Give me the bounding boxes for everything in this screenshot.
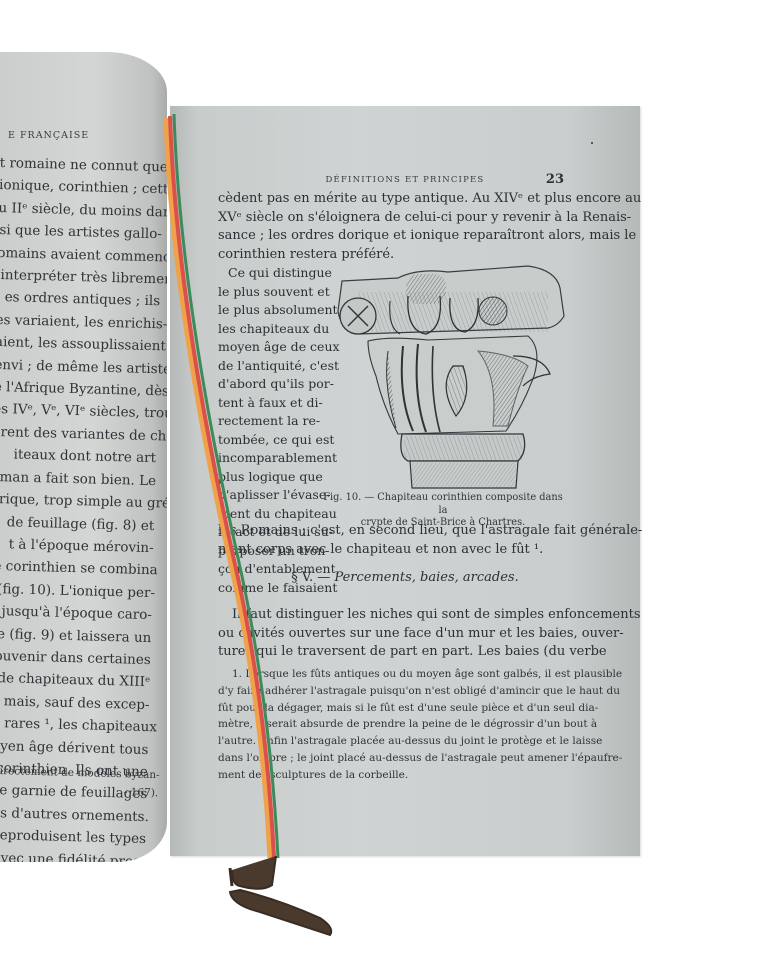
text-line: plus logique que	[218, 468, 318, 487]
left-running-head: E FRANÇAISE	[8, 130, 89, 141]
text-line: d'abord qu'ils por-	[218, 375, 318, 394]
paper-speck	[591, 142, 593, 144]
right-page: DÉFINITIONS ET PRINCIPES 23 cèdent pas e…	[170, 106, 640, 856]
section-paragraph: Il faut distinguer les niches qui sont d…	[218, 606, 562, 662]
left-page-footnote: irectement de modèles byzan- - 167).	[0, 762, 165, 802]
text-line: le plus absolument	[218, 301, 318, 320]
text-line: moyen âge de ceux	[218, 338, 318, 357]
text-line: tombée, ce qui est	[218, 431, 318, 450]
text-line: s reproduisent les types	[0, 824, 150, 851]
text-line: ès rares ¹, les chapiteaux	[0, 712, 153, 739]
footnote-line: d'y faire adhérer l'astragale puisqu'on …	[218, 683, 562, 700]
text-line: d'aplisser l'évase-	[218, 486, 318, 505]
section-number: § V. —	[291, 570, 334, 585]
running-head: DÉFINITIONS ET PRINCIPES	[170, 175, 640, 185]
footnote-line: 1. Lorsque les fûts antiques ou du moyen…	[218, 666, 562, 683]
footnote-line: dans l'ombre ; le joint placé au-dessus …	[218, 750, 562, 767]
text-line: incomparablement	[218, 449, 318, 468]
footnote-line: ment des sculptures de la corbeille.	[218, 767, 562, 784]
page-number: 23	[546, 172, 564, 187]
text-line: Ce qui distingue	[218, 264, 318, 283]
text-line: ment du chapiteau	[218, 505, 318, 524]
text-line: cèdent pas en mérite au type antique. Au…	[218, 190, 562, 209]
text-line: rectement la re-	[218, 412, 318, 431]
section-heading: § V. — Percements, baies, arcades.	[170, 570, 640, 585]
text-line: Il faut distinguer les niches qui sont d…	[218, 606, 562, 625]
footnote-line: l'autre. Enfin l'astragale placée au-des…	[218, 733, 562, 750]
text-line: le plus souvent et	[218, 283, 318, 302]
footnote-block: 1. Lorsque les fûts antiques ou du moyen…	[218, 666, 562, 784]
text-line: tures qui le traversent de part en part.…	[218, 643, 562, 662]
left-page-text: t romaine ne connut que ionique, corinth…	[0, 152, 167, 862]
text-line: de l'antiquité, c'est	[218, 357, 318, 376]
text-line: ou cavités ouvertes sur une face d'un mu…	[218, 625, 562, 644]
text-line: sance ; les ordres dorique et ionique re…	[218, 227, 562, 246]
footnote-line: fût pour la dégager, mais si le fût est …	[218, 700, 562, 717]
text-line: les Romains ; c'est, en second lieu, que…	[218, 522, 562, 541]
footnote-line: mètre, il serait absurde de prendre la p…	[218, 716, 562, 733]
text-line: jusqu'à l'époque caro-	[0, 600, 156, 627]
caption-line: Fig. 10. — Chapiteau corinthien composit…	[320, 492, 566, 517]
intro-paragraph: cèdent pas en mérite au type antique. Au…	[218, 190, 562, 264]
text-line: XVᵉ siècle on s'éloignera de celui-ci po…	[218, 209, 562, 228]
after-figure-paragraph: les Romains ; c'est, en second lieu, que…	[218, 522, 562, 559]
book-photo: E FRANÇAISE t romaine ne connut que ioni…	[0, 0, 768, 962]
left-page: E FRANÇAISE t romaine ne connut que ioni…	[0, 52, 167, 862]
text-line: ment corps avec le chapiteau et non avec…	[218, 541, 562, 560]
text-line: les chapiteaux du	[218, 320, 318, 339]
section-title: Percements, baies, arcades.	[334, 570, 518, 585]
text-line: tent à faux et di-	[218, 394, 318, 413]
corinthian-capital-icon	[328, 256, 568, 491]
page-header: DÉFINITIONS ET PRINCIPES 23	[170, 172, 640, 188]
figure-capital-illustration	[322, 256, 570, 496]
